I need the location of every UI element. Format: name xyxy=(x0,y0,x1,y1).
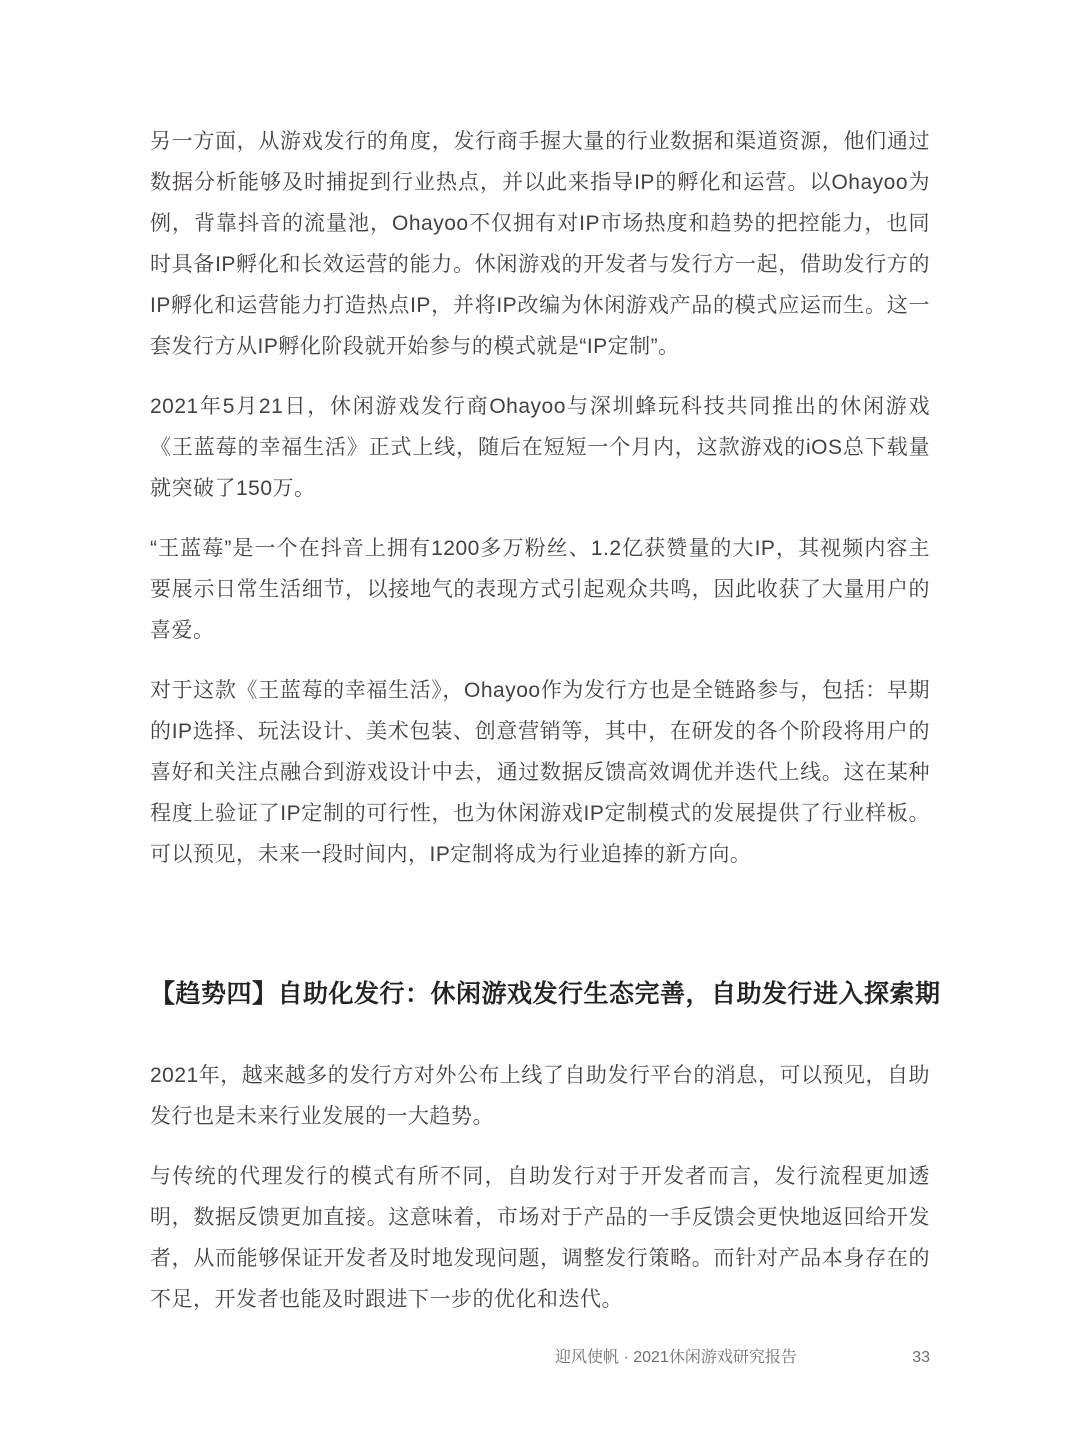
body-paragraph: 对于这款《王蓝莓的幸福生活》，Ohayoo作为发行方也是全链路参与，包括：早期的… xyxy=(150,670,930,875)
page-number: 33 xyxy=(912,1346,930,1370)
footer-report-title: 迎风使帆 · 2021休闲游戏研究报告 xyxy=(555,1346,797,1370)
body-paragraph: 与传统的代理发行的模式有所不同，自助发行对于开发者而言，发行流程更加透明，数据反… xyxy=(150,1156,930,1320)
report-page: 另一方面，从游戏发行的角度，发行商手握大量的行业数据和渠道资源，他们通过数据分析… xyxy=(0,0,1071,1440)
section-heading: 【趋势四】自助化发行：休闲游戏发行生态完善，自助发行进入探索期 xyxy=(150,972,930,1016)
body-paragraph: 2021年，越来越多的发行方对外公布上线了自助发行平台的消息，可以预见，自助发行… xyxy=(150,1055,930,1137)
page-footer: 迎风使帆 · 2021休闲游戏研究报告 33 xyxy=(0,1346,1071,1370)
body-paragraph: “王蓝莓”是一个在抖音上拥有1200多万粉丝、1.2亿获赞量的大IP，其视频内容… xyxy=(150,528,930,651)
page-content: 另一方面，从游戏发行的角度，发行商手握大量的行业数据和渠道资源，他们通过数据分析… xyxy=(0,0,1071,1320)
body-paragraph: 2021年5月21日，休闲游戏发行商Ohayoo与深圳蜂玩科技共同推出的休闲游戏… xyxy=(150,386,930,509)
body-paragraph: 另一方面，从游戏发行的角度，发行商手握大量的行业数据和渠道资源，他们通过数据分析… xyxy=(150,121,930,367)
